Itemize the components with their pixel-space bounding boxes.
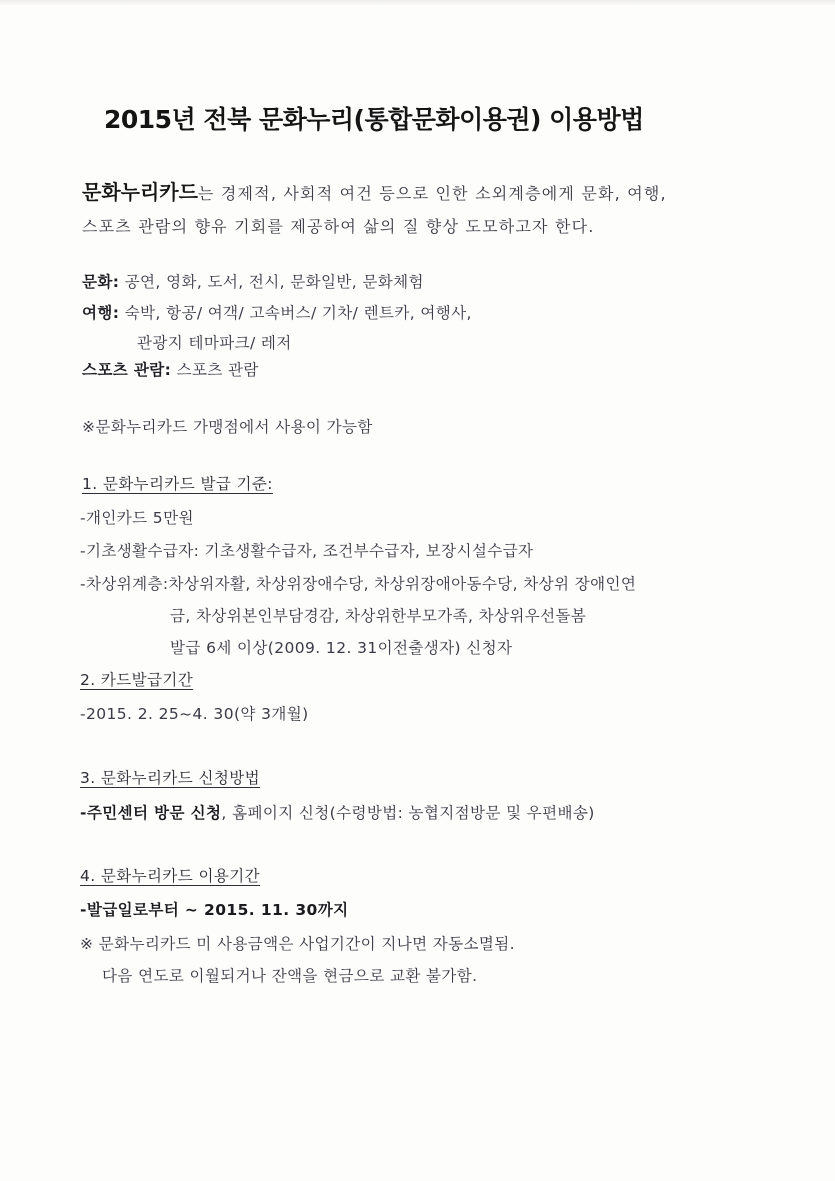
intro-lead-term: 문화누리카드: [82, 180, 198, 204]
intro-text: 는 경제적, 사회적 여건 등으로 인한 소외계층에게 문화, 여행,: [198, 184, 667, 203]
document-title: 2015년 전북 문화누리(통합문화이용권) 이용방법: [104, 100, 744, 136]
section-2-line: -2015. 2. 25~4. 30(약 3개월): [80, 702, 309, 724]
category-value: 스포츠 관람: [177, 361, 259, 379]
category-label: 스포츠 관람:: [82, 361, 171, 379]
category-travel-continuation: 관광지 테마파크/ 레저: [137, 331, 292, 353]
intro-paragraph-line-1: 문화누리카드는 경제적, 사회적 여건 등으로 인한 소외계층에게 문화, 여행…: [82, 176, 667, 205]
section-4-note: ※ 문화누리카드 미 사용금액은 사업기간이 지나면 자동소멸됨.: [80, 932, 515, 954]
category-value: 숙박, 항공/ 여객/ 고속버스/ 기차/ 렌트카, 여행사,: [125, 304, 472, 322]
section-1-line: -차상위계층:차상위자활, 차상위장애수당, 차상위장애아동수당, 차상위 장애…: [80, 572, 636, 594]
section-4-line: -발급일로부터 ~ 2015. 11. 30까지: [80, 898, 348, 920]
section-1-line: 발급 6세 이상(2009. 12. 31이전출생자) 신청자: [170, 636, 512, 658]
category-travel: 여행: 숙박, 항공/ 여객/ 고속버스/ 기차/ 렌트카, 여행사,: [82, 301, 472, 323]
category-label: 문화:: [82, 273, 119, 291]
section-4-heading: 4. 문화누리카드 이용기간: [80, 864, 260, 886]
section-4-note-continuation: 다음 연도로 이월되거나 잔액을 현금으로 교환 불가함.: [102, 964, 478, 986]
section-1-heading: 1. 문화누리카드 발급 기준:: [82, 472, 273, 494]
category-sports: 스포츠 관람: 스포츠 관람: [82, 358, 259, 380]
document-page: 2015년 전북 문화누리(통합문화이용권) 이용방법 문화누리카드는 경제적,…: [0, 0, 835, 1181]
category-value: 공연, 영화, 도서, 전시, 문화일반, 문화체험: [125, 273, 424, 291]
category-label: 여행:: [82, 304, 119, 322]
section-1-line: -개인카드 5만원: [80, 506, 194, 528]
section-3-line: -주민센터 방문 신청, 홈페이지 신청(수령방법: 농협지점방문 및 우편배송…: [80, 801, 595, 823]
section-2-heading: 2. 카드발급기간: [80, 668, 193, 690]
category-culture: 문화: 공연, 영화, 도서, 전시, 문화일반, 문화체험: [82, 270, 424, 292]
section-3-heading: 3. 문화누리카드 신청방법: [80, 766, 260, 788]
section-3-bold-text: -주민센터 방문 신청: [80, 804, 221, 822]
intro-paragraph-line-2: 스포츠 관람의 향유 기회를 제공하여 삶의 질 향상 도모하고자 한다.: [82, 214, 595, 237]
section-1-line: -기초생활수급자: 기초생활수급자, 조건부수급자, 보장시설수급자: [80, 539, 533, 561]
merchant-note: ※문화누리카드 가맹점에서 사용이 가능함: [82, 415, 373, 437]
section-1-line: 금, 차상위본인부담경감, 차상위한부모가족, 차상위우선돌봄: [170, 604, 586, 626]
section-3-rest-text: , 홈페이지 신청(수령방법: 농협지점방문 및 우편배송): [221, 804, 594, 822]
